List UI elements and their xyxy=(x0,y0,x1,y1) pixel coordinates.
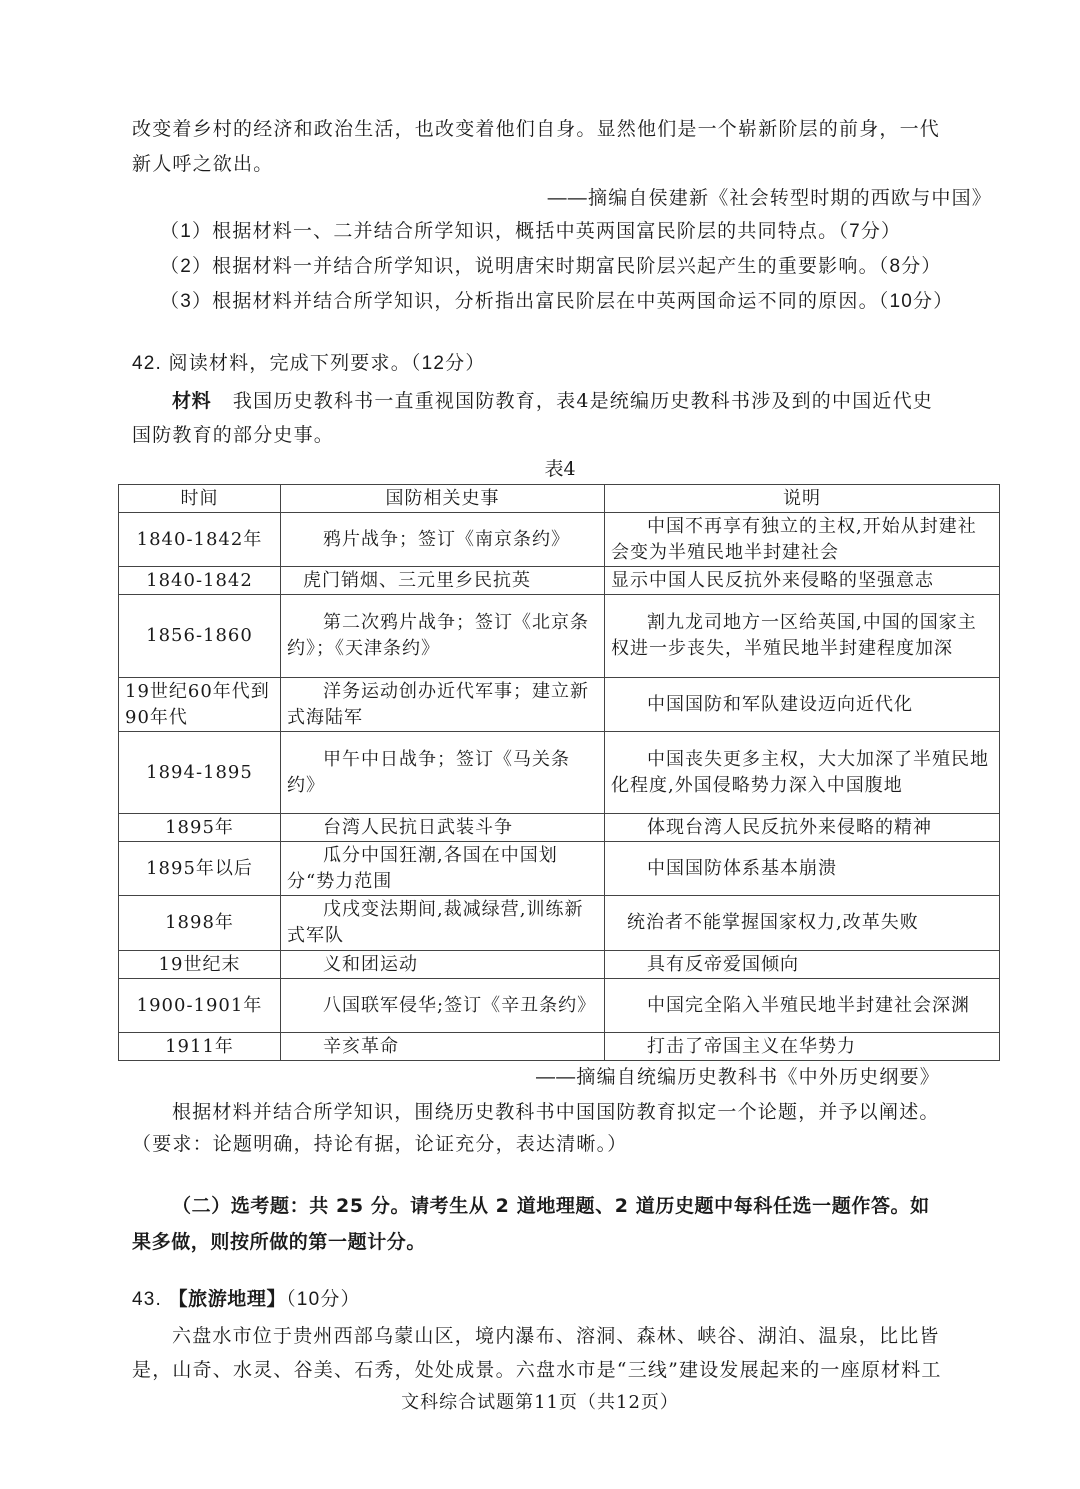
q43-text-line-2: 是，山奇、水灵、谷美、石秀，处处成景。六盘水市是“三线”建设发展起来的一座原材料… xyxy=(132,1356,942,1384)
cell-event: 义和团运动 xyxy=(281,951,605,979)
q42-task-line-2: （要求：论题明确，持论有据，论证充分，表达清晰。） xyxy=(132,1131,628,1159)
cell-event: 甲午中日战争；签订《马关条约》 xyxy=(281,732,605,814)
table-row: 19世纪60年代到90年代 洋务运动创办近代军事；建立新式海陆军 中国国防和军队… xyxy=(119,678,1000,732)
q43-number: 43. xyxy=(132,1289,162,1310)
table-row: 1895年以后 瓜分中国狂潮,各国在中国划分“势力范围 中国国防体系基本崩溃 xyxy=(119,842,1000,896)
header-event: 国防相关史事 xyxy=(281,485,605,513)
q42-material-line-1: 材料 我国历史教科书一直重视国防教育，表4是统编历史教科书涉及到的中国近代史 xyxy=(172,387,933,415)
cell-event: 八国联军侵华;签订《辛丑条约》 xyxy=(281,979,605,1033)
table-row: 1856-1860 第二次鸦片战争；签订《北京条约》；《天津条约》 割九龙司地方… xyxy=(119,595,1000,678)
table-row: 1898年 戊戌变法期间,裁减绿营,训练新式军队 统治者不能掌握国家权力,改革失… xyxy=(119,896,1000,951)
table-header-row: 时间 国防相关史事 说明 xyxy=(119,485,1000,513)
table-row: 1895年 台湾人民抗日武装斗争 体现台湾人民反抗外来侵略的精神 xyxy=(119,814,1000,842)
exam-page: 改变着乡村的经济和政治生活，也改变着他们自身。显然他们是一个崭新阶层的前身，一代… xyxy=(0,0,1080,1489)
cell-time: 1895年 xyxy=(119,814,281,842)
table-row: 19世纪末 义和团运动 具有反帝爱国倾向 xyxy=(119,951,1000,979)
material-source: ——摘编自侯建新《社会转型时期的西欧与中国》 xyxy=(548,185,992,213)
subquestion-2: （2）根据材料一并结合所学知识，说明唐宋时期富民阶层兴起产生的重要影响。（8分） xyxy=(160,253,942,281)
table-row: 1900-1901年 八国联军侵华;签订《辛丑条约》 中国完全陷入半殖民地半封建… xyxy=(119,979,1000,1033)
page-footer: 文科综合试题第11页（共12页） xyxy=(0,1390,1080,1416)
cell-note: 统治者不能掌握国家权力,改革失败 xyxy=(605,896,1000,951)
table-row: 1840-1842年 鸦片战争；签订《南京条约》 中国不再享有独立的主权,开始从… xyxy=(119,513,1000,567)
cell-event: 第二次鸦片战争；签订《北京条约》；《天津条约》 xyxy=(281,595,605,678)
cell-event: 台湾人民抗日武装斗争 xyxy=(281,814,605,842)
cell-note: 中国完全陷入半殖民地半封建社会深渊 xyxy=(605,979,1000,1033)
cell-time: 1895年以后 xyxy=(119,842,281,896)
cell-event: 瓜分中国狂潮,各国在中国划分“势力范围 xyxy=(281,842,605,896)
table-row: 1911年 辛亥革命 打击了帝国主义在华势力 xyxy=(119,1033,1000,1061)
table-row: 1894-1895 甲午中日战争；签订《马关条约》 中国丧失更多主权，大大加深了… xyxy=(119,732,1000,814)
cell-note: 显示中国人民反抗外来侵略的坚强意志 xyxy=(605,567,1000,595)
material-text: 我国历史教科书一直重视国防教育，表4是统编历史教科书涉及到的中国近代史 xyxy=(233,390,933,412)
cell-note: 打击了帝国主义在华势力 xyxy=(605,1033,1000,1061)
cell-time: 1911年 xyxy=(119,1033,281,1061)
header-time: 时间 xyxy=(119,485,281,513)
table-source: ——摘编自统编历史教科书《中外历史纲要》 xyxy=(536,1064,940,1092)
cell-event: 洋务运动创办近代军事；建立新式海陆军 xyxy=(281,678,605,732)
cell-note: 割九龙司地方一区给英国,中国的国家主权进一步丧失，半殖民地半封建程度加深 xyxy=(605,595,1000,678)
header-note: 说明 xyxy=(605,485,1000,513)
cell-time: 1900-1901年 xyxy=(119,979,281,1033)
elective-instructions-line-2: 果多做，则按所做的第一题计分。 xyxy=(132,1228,426,1256)
cell-time: 19世纪60年代到90年代 xyxy=(119,678,281,732)
subquestion-1: （1）根据材料一、二并结合所学知识，概括中英两国富民阶层的共同特点。（7分） xyxy=(160,218,901,246)
q43-title: 43. 【旅游地理】（10分） xyxy=(132,1285,361,1314)
cell-event: 辛亥革命 xyxy=(281,1033,605,1061)
cell-time: 1840-1842 xyxy=(119,567,281,595)
cell-time: 1898年 xyxy=(119,896,281,951)
cell-event: 鸦片战争；签订《南京条约》 xyxy=(281,513,605,567)
cell-note: 中国不再享有独立的主权,开始从封建社会变为半殖民地半封建社会 xyxy=(605,513,1000,567)
q43-tag: 【旅游地理】 xyxy=(169,1288,287,1310)
cell-time: 19世纪末 xyxy=(119,951,281,979)
continuation-line-2: 新人呼之欲出。 xyxy=(132,150,273,178)
cell-time: 1894-1895 xyxy=(119,732,281,814)
material-label: 材料 xyxy=(172,390,211,412)
q43-text-line-1: 六盘水市位于贵州西部乌蒙山区，境内瀑布、溶洞、森林、峡谷、湖泊、温泉，比比皆 xyxy=(172,1322,940,1350)
q42-task-line-1: 根据材料并结合所学知识，围绕历史教科书中国国防教育拟定一个论题，并予以阐述。 xyxy=(172,1099,940,1127)
cell-note: 体现台湾人民反抗外来侵略的精神 xyxy=(605,814,1000,842)
subquestion-3: （3）根据材料并结合所学知识，分析指出富民阶层在中英两国命运不同的原因。（10分… xyxy=(160,288,953,316)
elective-instructions-line-1: （二）选考题：共 25 分。请考生从 2 道地理题、2 道历史题中每科任选一题作… xyxy=(172,1192,930,1220)
cell-note: 中国国防体系基本崩溃 xyxy=(605,842,1000,896)
cell-note: 中国国防和军队建设迈向近代化 xyxy=(605,678,1000,732)
cell-event: 虎门销烟、三元里乡民抗英 xyxy=(281,567,605,595)
cell-note: 中国丧失更多主权，大大加深了半殖民地化程度,外国侵略势力深入中国腹地 xyxy=(605,732,1000,814)
cell-time: 1856-1860 xyxy=(119,595,281,678)
q42-material-line-2: 国防教育的部分史事。 xyxy=(132,421,334,449)
q42-title: 42. 阅读材料，完成下列要求。（12分） xyxy=(132,350,486,378)
table-row: 1840-1842 虎门销烟、三元里乡民抗英 显示中国人民反抗外来侵略的坚强意志 xyxy=(119,567,1000,595)
cell-note: 具有反帝爱国倾向 xyxy=(605,951,1000,979)
table-caption: 表4 xyxy=(0,455,1080,483)
continuation-line-1: 改变着乡村的经济和政治生活，也改变着他们自身。显然他们是一个崭新阶层的前身，一代 xyxy=(132,115,940,143)
q43-score: （10分） xyxy=(286,1289,361,1310)
table-4: 时间 国防相关史事 说明 1840-1842年 鸦片战争；签订《南京条约》 中国… xyxy=(118,484,1000,1061)
cell-event: 戊戌变法期间,裁减绿营,训练新式军队 xyxy=(281,896,605,951)
cell-time: 1840-1842年 xyxy=(119,513,281,567)
